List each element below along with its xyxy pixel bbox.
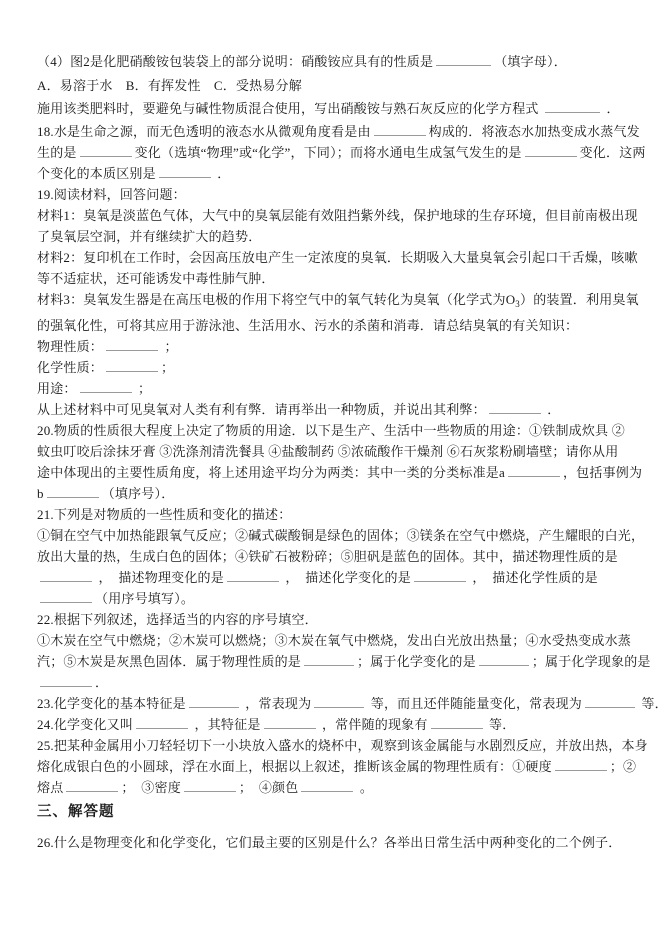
answer-blank	[301, 780, 353, 792]
text-segment: 变化．这两	[580, 145, 646, 160]
answer-blank	[525, 145, 577, 157]
q21-line3: ， 描述物理变化的是 ， 描述化学变化的是 ， 描述化学性质的是	[37, 567, 633, 588]
text-segment: 用途：	[37, 381, 77, 396]
q19-material1-line1: 材料1：臭氧是淡蓝色气体，大气中的臭氧层能有效阻挡紫外线，保护地球的生存环境，但…	[37, 205, 633, 226]
text-segment: 生的是	[37, 145, 77, 160]
answer-blank	[479, 654, 529, 666]
text-segment: 从上述材料中可见臭氧对人类有利有弊．请再举出一种物质，并说出其利弊：	[37, 402, 486, 417]
text-segment: 。	[356, 780, 373, 795]
q19-material2-line1: 材料2：复印机在工作时，会因高压放电产生一定浓度的臭氧．长期吸入大量臭氧会引起口…	[37, 247, 633, 268]
q20-line4: b（填序号）．	[37, 483, 633, 504]
text-segment: 26.什么是物理变化和化学变化，它们最主要的区别是什么？各举出日常生活中两种变化…	[37, 835, 621, 850]
q20-line2: 蚊虫叮咬后涂抹牙膏 ③洗涤剂清洗餐具 ④盐酸制药 ⑤浓硫酸作干燥剂 ⑥石灰浆粉刷…	[37, 441, 633, 462]
answer-blank	[80, 381, 132, 393]
answer-blank	[585, 696, 635, 708]
text-segment: ， 描述化学变化的是	[282, 570, 411, 585]
answer-blank	[106, 360, 158, 372]
q19-material3-line2: 的强氧化性，可将其应用于游泳池、生活用水、污水的杀菌和消毒．请总结臭氧的有关知识…	[37, 315, 633, 336]
text-segment: 蚊虫叮咬后涂抹牙膏 ③洗涤剂清洗餐具 ④盐酸制药 ⑤浓硫酸作干燥剂 ⑥石灰浆粉刷…	[37, 444, 618, 459]
text-segment: 汽；⑤木炭是灰黑色固体．属于物理性质的是	[37, 654, 301, 669]
text-segment: 构成的．将液态水加热变成水蒸气发	[429, 124, 640, 139]
q21-line2: 放出大量的热，生成白色的固体；④铁矿石被粉碎；⑤胆矾是蓝色的固体。其中，描述物理…	[37, 546, 633, 567]
document-page: （4）图2是化肥硝酸铵包装袋上的部分说明：硝酸铵应具有的性质是（填字母）．A．易…	[0, 0, 661, 936]
text-segment: 熔点	[37, 780, 63, 795]
text-segment: ； ④颜色	[239, 780, 299, 795]
answer-blank	[66, 780, 118, 792]
text-segment: 施用该类肥料时，要避免与碱性物质混合使用，写出硝酸铵与熟石灰反应的化学方程式	[37, 101, 542, 116]
text-segment: 熔化成银白色的小圆球，浮在水面上，根据以上叙述，推断该金属的物理性质有：①硬度	[37, 759, 552, 774]
text-segment: 22.根据下列叙述，选择适当的内容的序号填空．	[37, 612, 318, 627]
text-segment: ；	[161, 339, 178, 354]
text-segment: 途中体现出的主要性质角度，将上述用途平均分为两类：其中一类的分类标准是a	[37, 465, 505, 480]
q19-uses: 用途： ；	[37, 378, 633, 399]
answer-blank	[304, 654, 354, 666]
q25-line2: 熔化成银白色的小圆球，浮在水面上，根据以上叙述，推断该金属的物理性质有：①硬度；…	[37, 756, 633, 777]
answer-blank	[374, 124, 426, 136]
text-segment: ①木炭在空气中燃烧；②木炭可以燃烧；③木炭在氧气中燃烧，发出白光放出热量；④水受…	[37, 633, 631, 648]
answer-blank	[189, 696, 239, 708]
answer-blank	[414, 570, 466, 582]
text-segment: ；属于化学现象的是	[532, 654, 651, 669]
text-segment: ，常表现为	[242, 696, 311, 711]
text-segment: 等．	[486, 717, 516, 732]
q25-line3: 熔点； ③密度； ④颜色 。	[37, 777, 633, 798]
text-segment: ，其特征是	[191, 717, 260, 732]
q19-intro: 19.阅读材料，回答问题：	[37, 184, 633, 205]
text-segment: ； ③密度	[121, 780, 181, 795]
answer-blank	[40, 591, 92, 603]
q19-material2-line2: 等不适症状，还可能诱发中毒性肺气肿．	[37, 268, 633, 289]
text-segment: ．	[603, 101, 620, 116]
q21-intro: 21.下列是对物质的一些性质和变化的描述：	[37, 504, 633, 525]
text-segment: 18.水是生命之源，而无色透明的液态水从微观角度看是由	[37, 124, 371, 139]
text-segment: （填字母）．	[494, 54, 567, 69]
text-segment: （填序号）．	[102, 486, 175, 501]
q17-4-equation: 施用该类肥料时，要避免与碱性物质混合使用，写出硝酸铵与熟石灰反应的化学方程式 ．	[37, 97, 633, 121]
document-content: （4）图2是化肥硝酸铵包装袋上的部分说明：硝酸铵应具有的性质是（填字母）．A．易…	[37, 50, 633, 853]
text-segment: 25.把某种金属用小刀轻轻切下一小块放入盛水的烧杯中，观察到该金属能与水剧烈反应…	[37, 738, 648, 753]
answer-blank	[314, 696, 364, 708]
q26: 26.什么是物理变化和化学变化，它们最主要的区别是什么？各举出日常生活中两种变化…	[37, 832, 633, 853]
answer-blank	[136, 717, 188, 729]
answer-blank	[47, 486, 99, 498]
answer-blank	[227, 570, 279, 582]
q20-line1: 20.物质的性质很大程度上决定了物质的用途．以下是生产、生活中一些物质的用途：①…	[37, 420, 633, 441]
section-heading-answer-questions: 三、解答题	[37, 802, 633, 823]
text-segment: ；	[135, 381, 152, 396]
text-segment: ；	[161, 360, 174, 375]
q22-line1: ①木炭在空气中燃烧；②木炭可以燃烧；③木炭在氧气中燃烧，发出白光放出热量；④水受…	[37, 630, 633, 651]
answer-blank	[545, 101, 600, 113]
text-segment: 23.化学变化的基本特征是	[37, 696, 186, 711]
q19-material3-line1: 材料3：臭氧发生器是在高压电极的作用下将空气中的氧气转化为臭氧（化学式为O3）的…	[37, 289, 633, 315]
text-segment: ．	[214, 166, 231, 181]
text-segment: 等不适症状，还可能诱发中毒性肺气肿．	[37, 271, 275, 286]
answer-blank	[106, 339, 158, 351]
text-segment: 24.化学变化又叫	[37, 717, 133, 732]
answer-blank	[184, 780, 236, 792]
q21-line1: ①铜在空气中加热能跟氧气反应；②碱式碳酸铜是绿色的固体；③镁条在空气中燃烧，产生…	[37, 525, 633, 546]
q18-line2: 生的是变化（选填“物理”或“化学”，下同）；而将水通电生成氢气发生的是变化．这两	[37, 142, 633, 163]
text-segment: ）的装置．利用臭氧	[520, 292, 639, 307]
q22-intro: 22.根据下列叙述，选择适当的内容的序号填空．	[37, 609, 633, 630]
text-segment: 材料1：臭氧是淡蓝色气体，大气中的臭氧层能有效阻挡紫外线，保护地球的生存环境，但…	[37, 208, 638, 223]
q22-line2: 汽；⑤木炭是灰黑色固体．属于物理性质的是；属于化学变化的是；属于化学现象的是	[37, 651, 633, 672]
text-segment: ①铜在空气中加热能跟氧气反应；②碱式碳酸铜是绿色的固体；③镁条在空气中燃烧，产生…	[37, 528, 644, 543]
text-segment: 等．	[638, 696, 661, 711]
q19-material1-line2: 了臭氧层空洞，并有继续扩大的趋势．	[37, 226, 633, 247]
answer-blank	[40, 675, 92, 687]
q23: 23.化学变化的基本特征是 ，常表现为 等，而且还伴随能量变化，常表现为 等．	[37, 693, 633, 714]
answer-blank	[80, 145, 132, 157]
text-segment: （用序号填写）。	[95, 591, 194, 606]
text-segment: 个变化的本质区别是	[37, 166, 156, 181]
text-segment: ，包括事例为	[563, 465, 642, 480]
answer-blank	[159, 166, 211, 178]
answer-blank	[40, 570, 92, 582]
answer-blank	[489, 402, 541, 414]
text-segment: ， 描述化学性质的是	[469, 570, 598, 585]
text-segment: ；属于化学变化的是	[357, 654, 476, 669]
q17-4-prompt: （4）图2是化肥硝酸铵包装袋上的部分说明：硝酸铵应具有的性质是（填字母）．	[37, 50, 633, 74]
q17-4-options: A．易溶于水 B．有挥发性 C．受热易分解	[37, 74, 633, 98]
text-segment: 化学性质：	[37, 360, 103, 375]
q19-chemical-properties: 化学性质：；	[37, 357, 633, 378]
text-segment: ．	[95, 675, 108, 690]
text-segment: 21.下列是对物质的一些性质和变化的描述：	[37, 507, 291, 522]
text-segment: 了臭氧层空洞，并有继续扩大的趋势．	[37, 229, 261, 244]
answer-blank	[264, 717, 316, 729]
text-segment: 材料2：复印机在工作时，会因高压放电产生一定浓度的臭氧．长期吸入大量臭氧会引起口…	[37, 250, 638, 265]
text-segment: 20.物质的性质很大程度上决定了物质的用途．以下是生产、生活中一些物质的用途：①…	[37, 423, 625, 438]
q21-line4: （用序号填写）。	[37, 588, 633, 609]
q19-physical-properties: 物理性质： ；	[37, 336, 633, 357]
q25-line1: 25.把某种金属用小刀轻轻切下一小块放入盛水的烧杯中，观察到该金属能与水剧烈反应…	[37, 735, 633, 756]
text-segment: 材料3：臭氧发生器是在高压电极的作用下将空气中的氧气转化为臭氧（化学式为O	[37, 292, 515, 307]
q19-pros-cons: 从上述材料中可见臭氧对人类有利有弊．请再举出一种物质，并说出其利弊： ．	[37, 399, 633, 420]
text-segment: 三、解答题	[37, 804, 115, 820]
text-segment: ；②	[610, 759, 636, 774]
q24: 24.化学变化又叫 ，其特征是 ，常伴随的现象有 等．	[37, 714, 633, 735]
answer-blank	[431, 717, 483, 729]
text-segment: ．	[544, 402, 561, 417]
text-segment: ， 描述物理变化的是	[95, 570, 224, 585]
text-segment: （4）图2是化肥硝酸铵包装袋上的部分说明：硝酸铵应具有的性质是	[37, 54, 433, 69]
text-segment: 放出大量的热，生成白色的固体；④铁矿石被粉碎；⑤胆矾是蓝色的固体。其中，描述物理…	[37, 549, 618, 564]
q18-line3: 个变化的本质区别是 ．	[37, 163, 633, 184]
text-segment: 等，而且还伴随能量变化，常表现为	[367, 696, 582, 711]
text-segment: 19.阅读材料，回答问题：	[37, 187, 186, 202]
text-segment: ，常伴随的现象有	[319, 717, 428, 732]
text-segment: 变化（选填“物理”或“化学”，下同）；而将水通电生成氢气发生的是	[135, 145, 522, 160]
q20-line3: 途中体现出的主要性质角度，将上述用途平均分为两类：其中一类的分类标准是a，包括事…	[37, 462, 633, 483]
text-segment: b	[37, 486, 44, 501]
text-segment: A．易溶于水 B．有挥发性 C．受热易分解	[37, 78, 302, 93]
text-segment: 的强氧化性，可将其应用于游泳池、生活用水、污水的杀菌和消毒．请总结臭氧的有关知识…	[37, 318, 578, 333]
text-segment: 物理性质：	[37, 339, 103, 354]
answer-blank	[436, 54, 491, 66]
answer-blank	[508, 465, 560, 477]
q22-line3: ．	[37, 672, 633, 693]
answer-blank	[555, 759, 607, 771]
q18-line1: 18.水是生命之源，而无色透明的液态水从微观角度看是由构成的．将液态水加热变成水…	[37, 121, 633, 142]
